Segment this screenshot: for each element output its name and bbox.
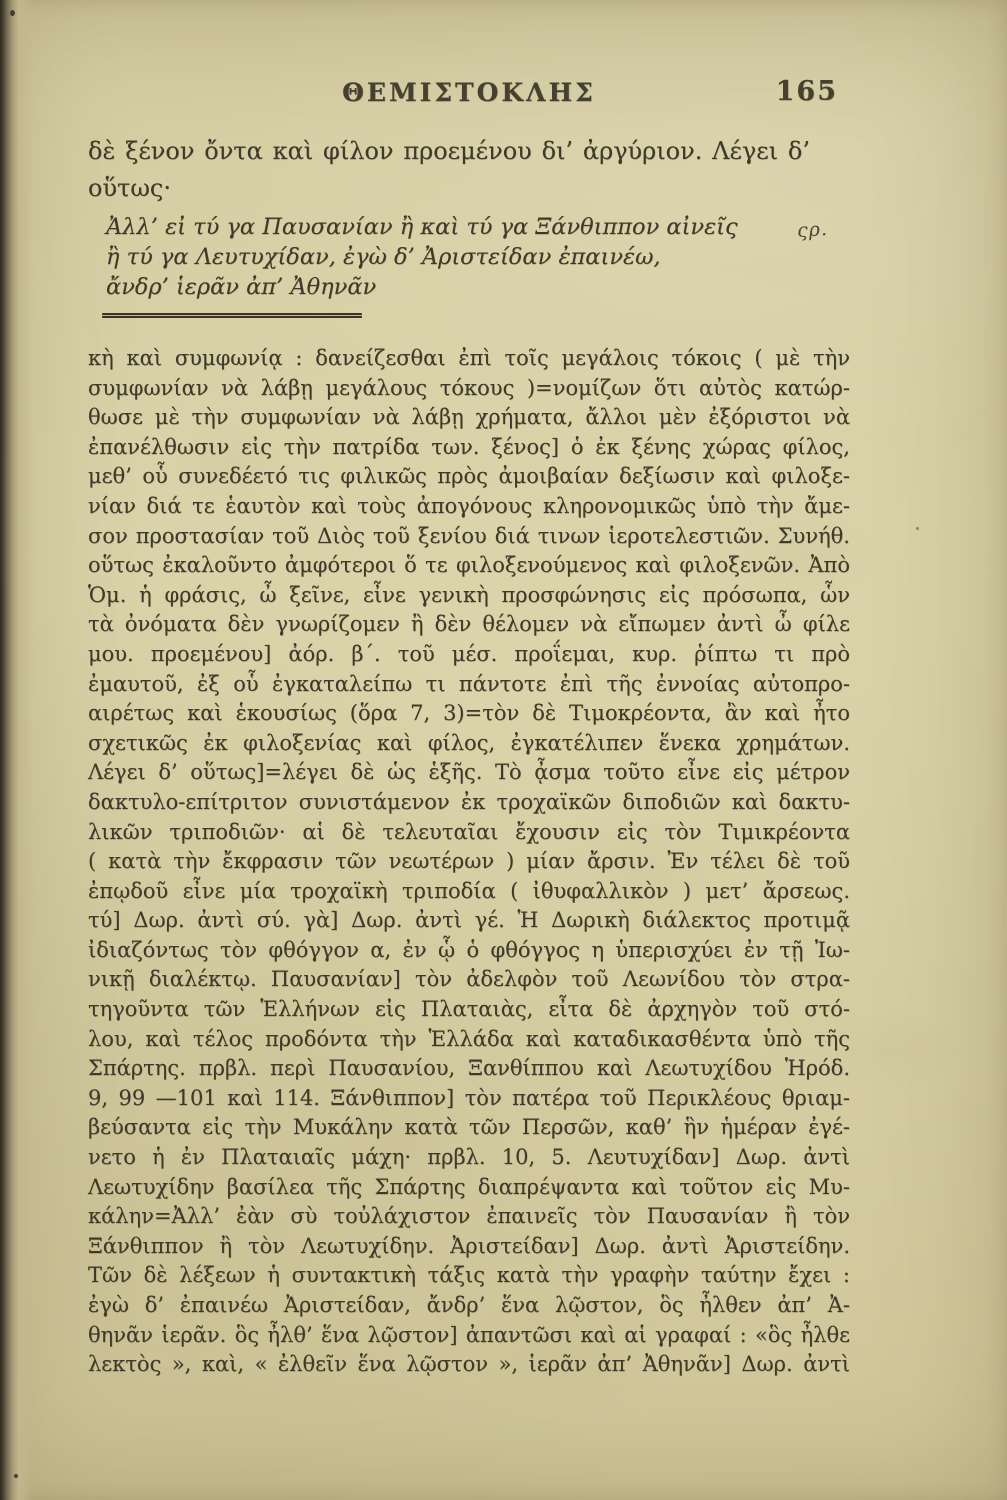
commentary-line: θηνᾶν ἱερᾶν. ὃς ἦλθ’ ἕνα λῷστον] ἀπαντῶσ… [88,1321,850,1351]
commentary-line: ἐγὼ δ’ ἐπαινέω Ἀριστείδαν, ἄνδρ’ ἕνα λῷσ… [88,1291,850,1321]
commentary-line: ἐπανέλθωσιν εἰς τὴν πατρίδα των. ξένος] … [88,433,850,463]
commentary-line: βεύσαντα εἰς τὴν Μυκάλην κατὰ τῶν Περσῶν… [88,1113,850,1143]
commentary-line: τηγοῦντα τῶν Ἑλλήνων εἰς Πλαταιὰς, εἶτα … [88,995,850,1025]
commentary-line: Ξάνθιππον ἢ τὸν Λεωτυχίδην. Ἀριστείδαν] … [88,1232,850,1262]
commentary-line: ( κατὰ τὴν ἔκφρασιν τῶν νεωτέρων ) μίαν … [88,847,850,877]
commentary-line: λεκτὸς », καὶ, « ἐλθεῖν ἕνα λῷστον », ἱε… [88,1350,850,1380]
commentary-line: Τῶν δὲ λέξεων ἡ συντακτικὴ τάξις κατὰ τὴ… [88,1261,850,1291]
intro-paragraph: δὲ ξένον ὄντα καὶ φίλον προεμένου δι’ ἀρ… [88,133,810,207]
commentary-line: λικῶν τριποδιῶν· αἱ δὲ τελευταῖαι ἔχουσι… [88,818,850,848]
commentary-block: κὴ καὶ συμφωνίᾳ : δανείζεσθαι ἐπὶ τοῖς μ… [88,344,850,1380]
commentary-line: Ὁμ. ἡ φράσις, ὦ ξεῖνε, εἶνε γενικὴ προσφ… [88,581,850,611]
commentary-line: ἐπῳδοῦ εἶνε μία τροχαϊκὴ τριποδία ( ἰθυφ… [88,877,850,907]
paper-speck [10,10,15,16]
commentary-line: σον προστασίαν τοῦ Διὸς τοῦ ξενίου διά τ… [88,522,850,552]
page-number: 165 [758,76,838,107]
commentary-line: 9, 99 —101 καὶ 114. Ξάνθιππον] τὸν πατέρ… [88,1084,850,1114]
paper-speck [14,1474,18,1478]
verse-line: ἢ τύ γα Λευτυχίδαν, ἐγὼ δ’ Ἀριστείδαν ἐπ… [106,242,806,272]
text-line: δὲ ξένον ὄντα καὶ φίλον προεμένου δι’ ἀρ… [88,133,810,170]
commentary-line: μεθ’ οὗ συνεδέετό τις φιλικῶς πρὸς ἀμοιβ… [88,462,850,492]
commentary-line: δακτυλο-επίτριτον συνιστάμενον ἐκ τροχαϊ… [88,788,850,818]
handwritten-margin-note: ςρ. [796,218,828,242]
commentary-line: κάλην=Ἀλλ’ ἐὰν σὺ τοὐλάχιστον ἐπαινεῖς τ… [88,1202,850,1232]
commentary-line: Σπάρτης. πρβλ. περὶ Παυσανίου, Ξανθίππου… [88,1054,850,1084]
commentary-line: τὰ ὀνόματα δὲν γνωρίζομεν ἢ δὲν θέλομεν … [88,610,850,640]
commentary-line: ἐμαυτοῦ, ἐξ οὗ ἐγκαταλείπω τι πάντοτε ἐπ… [88,670,850,700]
verse-line: Ἀλλ’ εἰ τύ γα Παυσανίαν ἢ καὶ τύ γα Ξάνθ… [106,212,806,242]
commentary-line: Λεωτυχίδην βασίλεα τῆς Σπάρτης διαπρέψαν… [88,1173,850,1203]
commentary-separator-rule [102,313,362,318]
page-gutter-shadow [0,0,34,1500]
commentary-line: αιρέτως καὶ ἑκουσίως (ὅρα 7, 3)=τὸν δὲ Τ… [88,699,850,729]
commentary-line: νετο ἡ ἐν Πλαταιαῖς μάχη· πρβλ. 10, 5. Λ… [88,1143,850,1173]
commentary-line: νικῇ διαλέκτῳ. Παυσανίαν] τὸν ἀδελφὸν το… [88,965,850,995]
commentary-line: κὴ καὶ συμφωνίᾳ : δανείζεσθαι ἐπὶ τοῖς μ… [88,344,850,374]
verse-line: ἄνδρ’ ἱερᾶν ἀπ’ Ἀθηνᾶν [106,272,806,302]
commentary-line: τύ] Δωρ. ἀντὶ σύ. γὰ] Δωρ. ἀντὶ γέ. Ἡ Δω… [88,906,850,936]
commentary-line: νίαν διά τε ἑαυτὸν καὶ τοὺς ἀπογόνους κλ… [88,492,850,522]
commentary-line: μου. προεμένου] ἀόρ. β΄. τοῦ μέσ. προΐεμ… [88,640,850,670]
commentary-line: σχετικῶς ἐκ φιλοξενίας καὶ φίλος, ἐγκατέ… [88,729,850,759]
running-header-title: ΘΕΜΙΣΤΟΚΛΗΣ [88,78,850,107]
commentary-line: Λέγει δ’ οὕτως]=λέγει δὲ ὡς ἑξῆς. Τὸ ᾆσμ… [88,758,850,788]
commentary-line: ἰδιαζόντως τὸν φθόγγον α, ἐν ᾧ ὁ φθόγγος… [88,936,850,966]
commentary-line: συμφωνίαν νὰ λάβῃ μεγάλους τόκους )=νομί… [88,374,850,404]
text-line: οὕτως· [88,170,810,207]
paper-speck [916,527,919,530]
commentary-line: οὕτως ἐκαλοῦντο ἀμφότεροι ὅ τε φιλοξενού… [88,551,850,581]
scanned-book-page: ΘΕΜΙΣΤΟΚΛΗΣ 165 δὲ ξένον ὄντα καὶ φίλον … [0,0,1007,1500]
commentary-line: θωσε μὲ τὴν συμφωνίαν νὰ λάβῃ χρήματα, ἄ… [88,403,850,433]
commentary-line: λου, καὶ τέλος προδόντα τὴν Ἑλλάδα καὶ κ… [88,1025,850,1055]
verse-quotation: Ἀλλ’ εἰ τύ γα Παυσανίαν ἢ καὶ τύ γα Ξάνθ… [106,212,806,302]
